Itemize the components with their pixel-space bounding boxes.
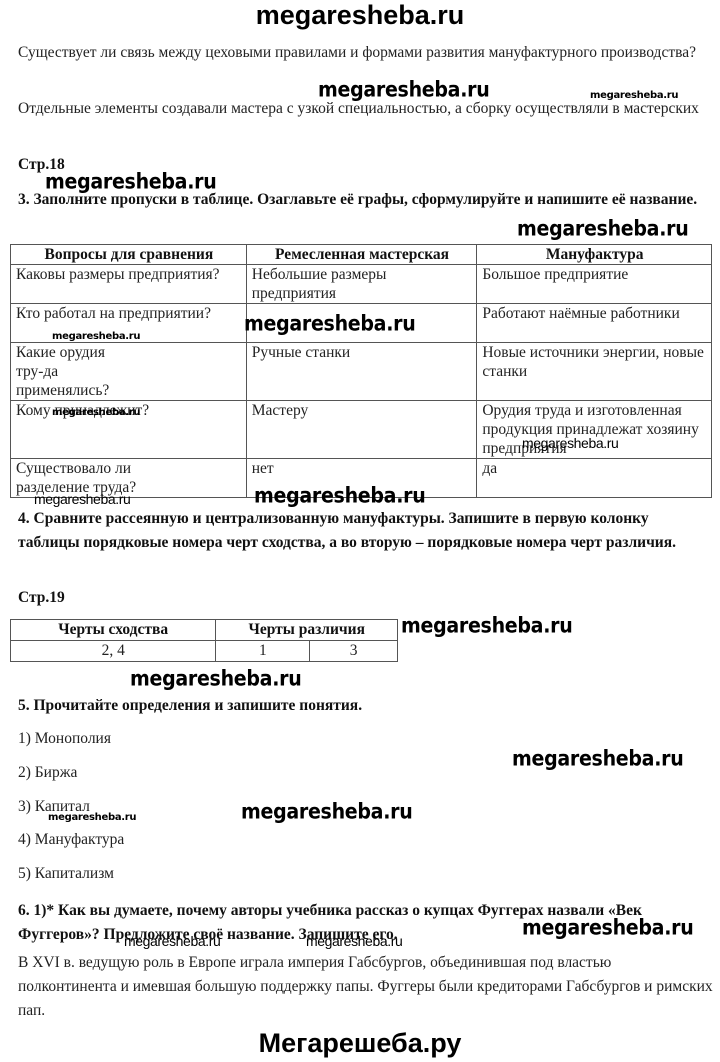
table-row: 2, 4 1 3 [11, 641, 398, 662]
page-label: Стр.19 [18, 586, 65, 610]
watermark: megaresheba.ru [52, 331, 140, 342]
list-item: 4) Мануфактура [18, 828, 124, 852]
watermark: megaresheba.ru [48, 812, 136, 823]
table-header-cell: Мануфактура [477, 245, 712, 265]
watermark: megaresheba.ru [512, 747, 683, 771]
table-header-cell: Черты различия [216, 620, 398, 641]
comparison-table: Вопросы для сравнения Ремесленная мастер… [10, 244, 712, 498]
intro-question: Существует ли связь между цеховыми прави… [18, 41, 708, 65]
watermark: megaresheba.ru [522, 916, 693, 940]
watermark: megaresheba.ru [522, 435, 618, 451]
table-cell: Какие орудия тру-да применялись? [11, 343, 247, 401]
watermark: megaresheba.ru [52, 407, 140, 418]
table-cell: Работают наёмные работники [477, 304, 712, 343]
table-header-cell: Черты сходства [11, 620, 216, 641]
table-cell: Небольшие размеры предприятия [246, 265, 477, 304]
table-cell: да [477, 459, 712, 498]
watermark: megaresheba.ru [124, 933, 220, 949]
watermark: megaresheba.ru [517, 217, 688, 241]
footer-site-title[interactable]: Мегарешеба.ру [0, 1028, 720, 1059]
table-cell: Мастеру [246, 401, 477, 459]
task3-prompt: 3. Заполните пропуски в таблице. Озаглав… [18, 188, 708, 212]
site-title[interactable]: megaresheba.ru [0, 0, 720, 31]
watermark: megaresheba.ru [34, 491, 130, 507]
table-header-row: Черты сходства Черты различия [11, 620, 398, 641]
table-cell: Каковы размеры предприятия? [11, 265, 247, 304]
table-header-cell: Ремесленная мастерская [246, 245, 477, 265]
table-cell: Большое предприятие [477, 265, 712, 304]
task4-prompt: 4. Сравните рассеянную и централизованну… [18, 507, 708, 555]
traits-table: Черты сходства Черты различия 2, 4 1 3 [10, 619, 398, 662]
table-cell: Ручные станки [246, 343, 477, 401]
list-item: 1) Монополия [18, 727, 111, 751]
watermark: megaresheba.ru [130, 667, 301, 691]
watermark: megaresheba.ru [401, 614, 572, 638]
intro-answer: Отдельные элементы создавали мастера с у… [18, 97, 708, 121]
table-row: Какие орудия тру-да применялись? Ручные … [11, 343, 712, 401]
table-row: Каковы размеры предприятия? Небольшие ра… [11, 265, 712, 304]
list-item: 2) Биржа [18, 761, 77, 785]
table-header-cell: Вопросы для сравнения [11, 245, 247, 265]
watermark: megaresheba.ru [241, 800, 412, 824]
cell-text: Какие орудия тру-да применялись? [16, 343, 136, 400]
table-header-row: Вопросы для сравнения Ремесленная мастер… [11, 245, 712, 265]
watermark: megaresheba.ru [306, 933, 402, 949]
watermark: megaresheba.ru [244, 312, 415, 336]
list-item: 5) Капитализм [18, 862, 114, 886]
task5-prompt: 5. Прочитайте определения и запишите пон… [18, 694, 362, 718]
task6-answer: В XVI в. ведущую роль в Европе играла им… [18, 951, 713, 1023]
table-cell: 1 [216, 641, 310, 662]
table-cell: 2, 4 [11, 641, 216, 662]
table-cell: Новые источники энергии, новые станки [477, 343, 712, 401]
watermark: megaresheba.ru [254, 484, 425, 508]
table-cell: 3 [310, 641, 398, 662]
